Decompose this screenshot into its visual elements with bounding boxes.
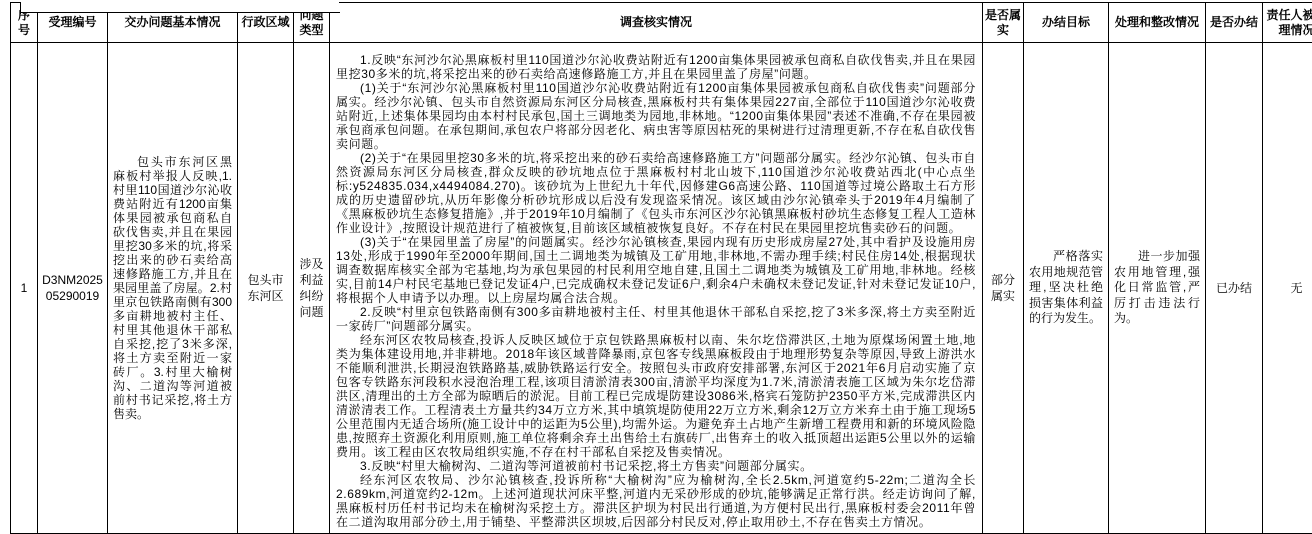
is-true-text: 部分属实 (990, 272, 1016, 304)
page: 序号 受理编号 交办问题基本情况 行政区域 问题类型 调查核实情况 是否属实 办… (0, 0, 1312, 534)
cell-is-completed: 已办结 (1206, 43, 1263, 534)
header-is-true: 是否属实 (983, 3, 1024, 43)
verification-paragraph: (2)关于“在果园里挖30多米的坑,将采挖出来的砂石卖给高速修路施工方”问题部分… (336, 151, 976, 235)
header-is-completed: 是否办结 (1206, 3, 1263, 43)
completion-goal-text: 严格落实农用地规范管理,坚决杜绝损害集体利益的行为发生。 (1029, 249, 1103, 327)
verification-paragraph: 3.反映“村里大榆树沟、二道沟等河道被前村书记采挖,将土方售卖”问题部分属实。 (336, 459, 976, 473)
header-completion-goal: 办结目标 (1024, 3, 1109, 43)
cell-problem-type: 涉及利益纠纷问题 (294, 43, 330, 534)
cell-verification: 1.反映“东河沙尔沁黑麻板村里110国道沙尔沁收费站附近有1200亩集体果园被承… (330, 43, 983, 534)
header-responsible: 责任人被处理情况 (1263, 3, 1312, 43)
cell-case-no: D3NM202505290019 (38, 43, 108, 534)
cell-region: 包头市东河区 (238, 43, 294, 534)
header-rectification: 处理和整改情况 (1109, 3, 1206, 43)
cell-responsible: 无 (1263, 43, 1312, 534)
cell-seq: 1 (11, 43, 38, 534)
verification-paragraph: 2.反映“村里京包铁路南侧有300多亩耕地被村主任、村里其他退休干部私自采挖,挖… (336, 305, 976, 333)
verification-paragraph: 1.反映“东河沙尔沁黑麻板村里110国道沙尔沁收费站附近有1200亩集体果园被承… (336, 53, 976, 81)
top-border-mask (21, 2, 339, 12)
verification-paragraph: 经东河区农牧局核查,投诉人反映区域位于京包铁路黑麻板村以南、朱尔圪岱滞洪区,土地… (336, 333, 976, 459)
table-row: 1 D3NM202505290019 包头市东河区黑麻板村举报人反映,1.村里1… (11, 43, 1312, 534)
cell-completion-goal: 严格落实农用地规范管理,坚决杜绝损害集体利益的行为发生。 (1024, 43, 1109, 534)
cell-is-true: 部分属实 (983, 43, 1024, 534)
verification-paragraph: (3)关于“在果园里盖了房屋”的问题属实。经沙尔沁镇核查,果园内现有历史形成房屋… (336, 235, 976, 305)
cropped-left-border-tick (20, 2, 21, 14)
left-section-top-border (20, 12, 340, 13)
cell-rectification: 进一步加强农用地管理,强化日常监管,严厉打击违法行为。 (1109, 43, 1206, 534)
petition-report-table-wrap: 序号 受理编号 交办问题基本情况 行政区域 问题类型 调查核实情况 是否属实 办… (10, 2, 1312, 534)
verification-paragraph: 经东河区农牧局、沙尔沁镇核查,投诉所称“大榆树沟”应为榆树沟,全长2.5km,河… (336, 473, 976, 529)
cell-problem-summary: 包头市东河区黑麻板村举报人反映,1.村里110国道沙尔沁收费站附近有1200亩集… (108, 43, 238, 534)
problem-summary-text: 包头市东河区黑麻板村举报人反映,1.村里110国道沙尔沁收费站附近有1200亩集… (113, 155, 232, 421)
header-verification: 调查核实情况 (330, 3, 983, 43)
petition-report-table: 序号 受理编号 交办问题基本情况 行政区域 问题类型 调查核实情况 是否属实 办… (10, 2, 1312, 534)
problem-type-text: 涉及利益纠纷问题 (299, 256, 325, 320)
verification-paragraph: (1)关于“东河沙尔沁黑麻板村里110国道沙尔沁收费站附近有1200亩集体果园被… (336, 81, 976, 151)
region-text: 包头市东河区 (247, 272, 285, 304)
rectification-text: 进一步加强农用地管理,强化日常监管,严厉打击违法行为。 (1114, 249, 1200, 327)
